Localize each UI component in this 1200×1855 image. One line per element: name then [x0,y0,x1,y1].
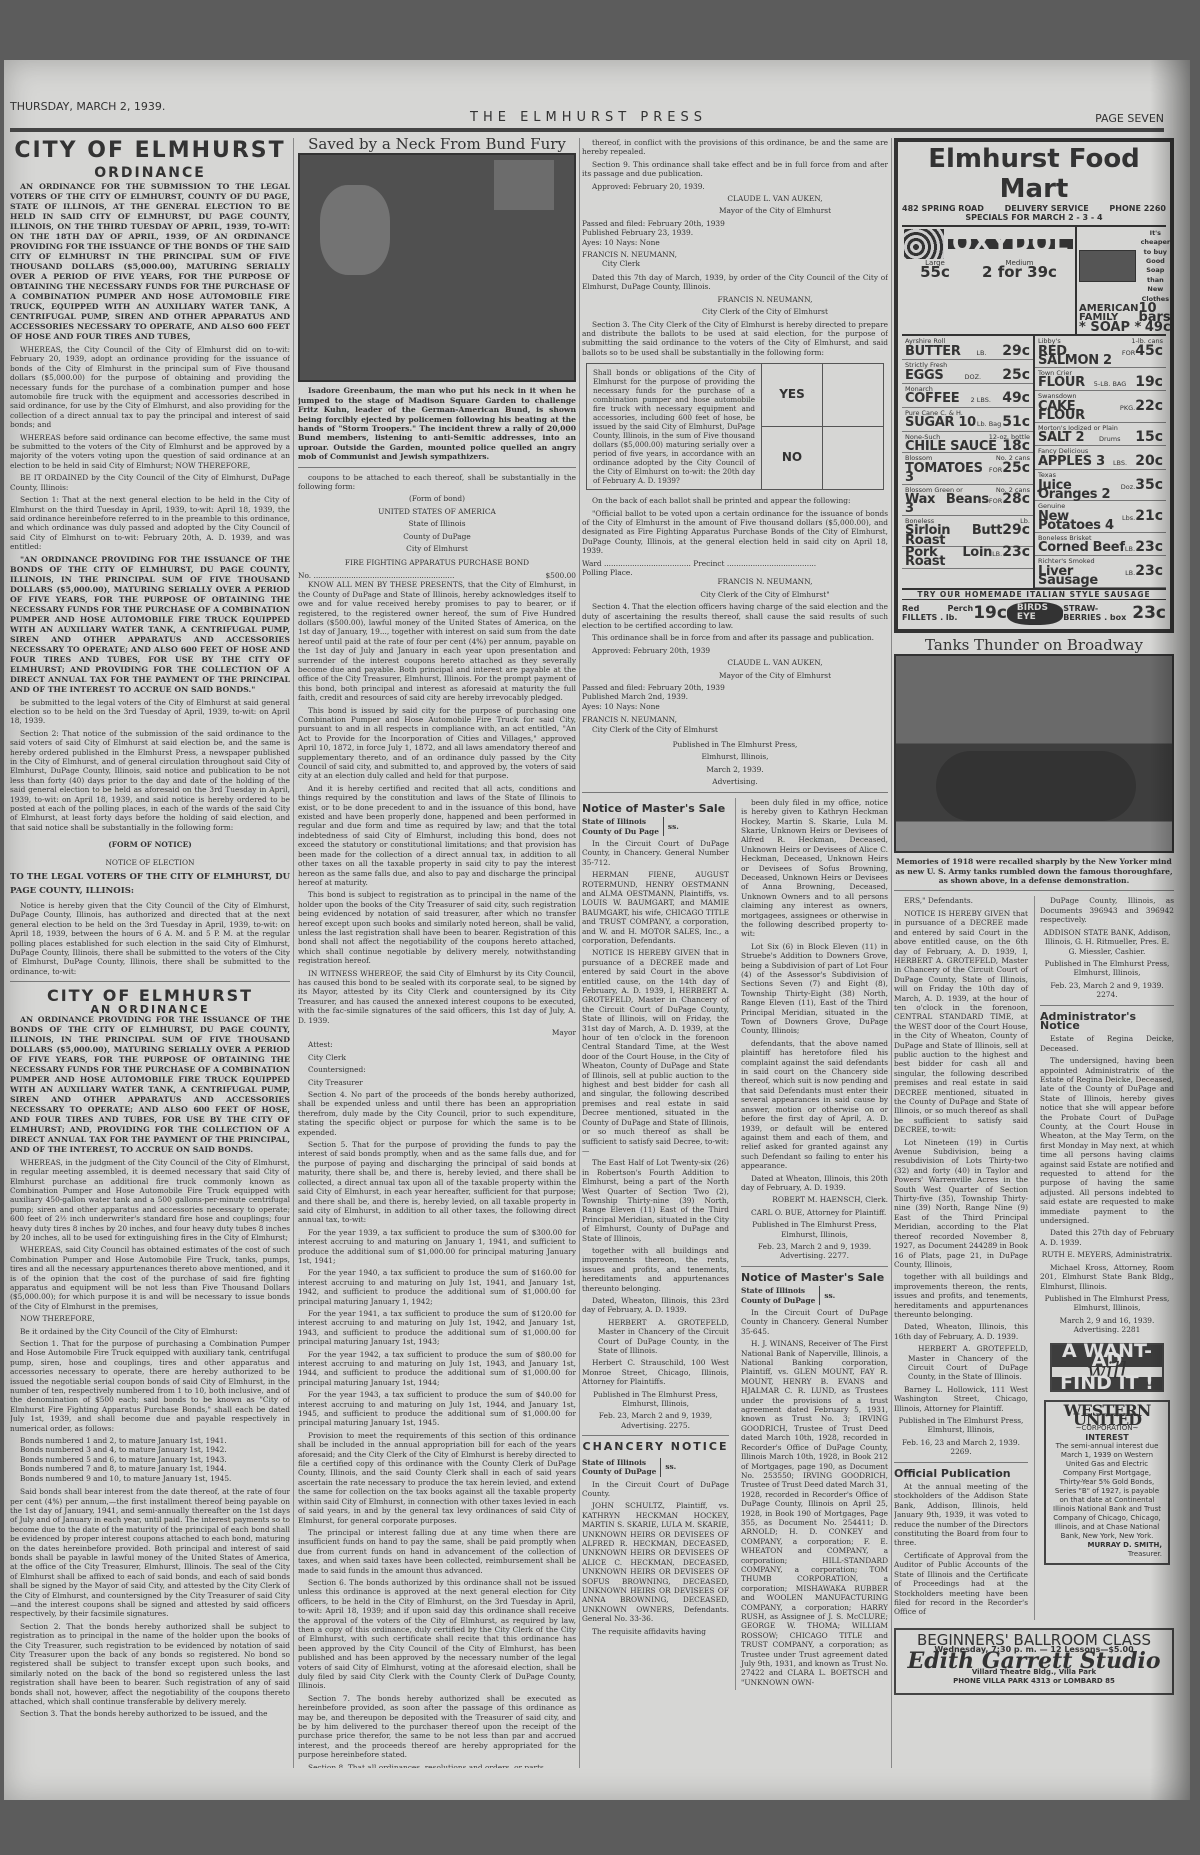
ads-subcolumns: ERS," Defendants. NOTICE IS HEREBY GIVEN… [894,896,1174,1619]
ballot-no: NO [762,426,822,489]
item-main: CAKE FLOURPKG.22c [1038,402,1163,421]
jurisdiction-lines: State of Illinois County of DuPage [741,1286,820,1305]
sale-para: together with all buildings and improvem… [582,1246,729,1293]
sale-published: Published in The Elmhurst Press, Elmhurs… [582,1390,729,1409]
item-main: BUTTERLB.29c [905,347,1030,358]
clerk-title: City Clerk [582,259,888,268]
ballroom-phone: PHONE VILLA PARK 4313 or LOMBARD 85 [902,1677,1166,1686]
sale-para: Dated, Wheaton, Illinois, this 23rd day … [582,1296,729,1315]
item-main: Sirloin Butt Roast29c [905,526,1030,545]
want-ad-line3: FIND IT ! [1052,1377,1162,1390]
section-1: Section 1: That at the next general elec… [10,495,290,551]
notice-body: Notice is hereby given that the City Cou… [10,901,290,976]
section-1b: Section 1. That for the purpose of purch… [10,1339,290,1433]
bond-item: Bonds numbered 1 and 2, to mature Januar… [20,1436,290,1445]
whereas-3: WHEREAS, in the judgment of the City Cou… [10,1158,290,1243]
item-main: EGGSDOZ.25c [905,371,1030,382]
item-name: APPLES 3 [1038,457,1105,466]
yes-box [823,364,883,426]
tanks-photo [894,654,1174,853]
item-main: New Potatoes 4Lbs.21c [1038,512,1163,531]
birdseye-name: BIRDS EYE [1017,603,1048,622]
divider [894,1462,1028,1463]
item-unit: 2 LBS. [971,396,991,405]
ordinance-title: CITY OF ELMHURST [10,138,290,164]
ss-label: ss. [665,1462,676,1471]
soap-slogan: It's cheaper to buy Good Soap than New C… [1140,229,1171,304]
ads-subcolumn-right: DuPage County, Illinois, as Documents 39… [1034,896,1174,1619]
store-name: Elmhurst Food Mart [902,144,1166,204]
item-price: 15c [1135,433,1163,442]
clerk-name: FRANCIS N. NEUMANN, [582,250,888,259]
admin-dates: March 2, 9 and 16, 1939. Advertising. 22… [1040,1316,1174,1335]
item-main: RED SALMON 2FOR45c [1038,347,1163,366]
know-all-men: KNOW ALL MEN BY THESE PRESENTS, that the… [298,580,576,702]
item-price: 23c [1002,548,1030,557]
bond-maturity-list: Bonds numbered 1 and 2, to mature Januar… [10,1436,290,1483]
item-price: 29c [1002,347,1030,356]
divider [10,981,290,982]
admin-attorney: Michael Kross, Attorney, Room 201, Elmhu… [1040,1263,1174,1291]
grocery-item: BlossomNo. 2 cansTOMATOES 3FOR25c [902,453,1033,484]
grocery-item: Ayrshire RollBUTTERLB.29c [902,336,1033,360]
tanks-headline: Tanks Thunder on Broadway [894,641,1174,650]
item-unit: FOR [989,497,1002,506]
sig-treasurer: City Treasurer [298,1078,576,1087]
sale-para: defendants, that the above named plainti… [741,1039,888,1171]
notice-para: together with all buildings and improvem… [894,1272,1028,1319]
grocery-item: SwansdownCAKE FLOURPKG.22c [1035,391,1166,422]
column-ads: Elmhurst Food Mart 482 SPRING ROAD DELIV… [894,138,1174,1768]
tax-item: For the year 1941, a tax sufficient to p… [298,1309,576,1347]
want-ad-banner[interactable]: A WANT-AD will FIND IT ! [1050,1343,1164,1393]
grocery-item: GenuineNew Potatoes 4Lbs.21c [1035,501,1166,532]
polling-place: Polling Place. [582,568,888,577]
western-united-notice: WESTERN UNITED ~CORPORATION~ INTEREST Th… [1044,1400,1170,1565]
item-unit: 5-LB. BAG [1094,380,1127,389]
clerk-title-2: City Clerk of the City of Elmhurst [582,307,888,316]
ballot-yes: YES [762,364,822,426]
divider [582,792,888,793]
grocery-item: None-Such12-oz. bottleCHILE SAUCE18c [902,432,1033,454]
state-label: State of Illinois [582,817,659,826]
item-main: TOMATOES 3FOR25c [905,464,1030,483]
item-name: SALT 2 [1038,433,1084,442]
bond-number: No. ....................................… [298,571,454,580]
chancery-para: In the Circuit Court of DuPage County. [582,1480,729,1499]
western-body: The semi-annual interest due March 1, 19… [1052,1442,1162,1541]
item-price: 20c [1135,457,1163,466]
sale-para: NOTICE IS HEREBY GIVEN that in pursuance… [582,948,729,1155]
sig-countersigned: Countersigned: [298,1065,576,1074]
item-unit: FOR [989,466,1002,475]
legal-subcolumns: Notice of Master's Sale State of Illinoi… [582,798,888,1691]
bond-number-row: No. ....................................… [298,571,576,580]
bond-title: FIRE FIGHTING APPARATUS PURCHASE BOND [298,558,576,567]
soap-promo: It's cheaper to buy Good Soap than New C… [1077,227,1173,334]
section-3: Section 3. That the bonds hereby authori… [10,1709,290,1718]
whereas-1: WHEREAS, the City Council of the City of… [10,345,290,430]
item-price: 29c [1002,526,1030,535]
bank-dates: Feb. 23, March 2 and 9, 1939. 2274. [1040,981,1174,1000]
sale-para: HERMAN FIENE, AUGUST ROTERMUND, HENRY OE… [582,870,729,945]
mayor-title: Mayor of the City of Elmhurst [582,206,888,215]
item-main: SUGAR 10Lb. Bag51c [905,418,1030,429]
store-info: 482 SPRING ROAD DELIVERY SERVICE PHONE 2… [902,204,1166,213]
western-interest-title: INTEREST [1052,1433,1162,1442]
item-main: FLOUR5-LB. BAG19c [1038,378,1163,389]
item-unit: Drums [1099,435,1121,444]
grocery-item: Libby's1-lb. cansRED SALMON 2FOR45c [1035,336,1166,367]
ordinance-subtitle: ORDINANCE [10,164,290,182]
bond-city: City of Elmhurst [298,544,576,553]
western-signature: MURRAY D. SMITH, [1052,1541,1162,1550]
oxydol-medium: Medium2 for 39c [982,259,1057,278]
masters-sale-title: Notice of Master's Sale [582,804,729,813]
ballot-marks [822,364,883,489]
column-divider [579,138,580,1768]
whereas-2: WHEREAS before said ordinance can become… [10,433,290,471]
grocery-item: TexasJuice Oranges 2Doz.35c [1035,470,1166,501]
masthead-rule [10,128,1164,132]
passed-date: Passed and filed: February 20th, 1939 [582,219,888,228]
admin-signature: RUTH E. MEYERS, Administratrix. [1040,1250,1174,1259]
section-2: Section 2: That notice of the submission… [10,729,290,832]
vote-count: Ayes: 10 Nays: None [582,238,888,247]
notice-dates: Feb. 16, 23 and March 2, 1939. 2269. [894,1438,1028,1457]
grocery-item: Pure Cane C. & H.SUGAR 10Lb. Bag51c [902,408,1033,432]
item-price: 22c [1135,402,1163,411]
grocery-item: MonarchCOFFEE2 LBS.49c [902,384,1033,408]
sale-dates: Feb. 23, March 2 and 9, 1939, Advertisin… [582,1411,729,1430]
ordinance-intro: AN ORDINANCE FOR THE SUBMISSION TO THE L… [10,182,290,342]
section-5: Section 5. That for the purpose of provi… [298,1140,576,1225]
oxydol-name: OXYDOL [948,239,1073,248]
soap-qty: 10 bars [1138,304,1170,323]
soap-header: It's cheaper to buy Good Soap than New C… [1079,229,1171,304]
passed-date-2: Passed and filed: February 20th, 1939 [582,683,888,692]
item-unit: PKG. [1120,404,1135,413]
item-name: New Potatoes 4 [1038,512,1122,531]
section-3-ballots: Section 3. The City Clerk of the City of… [582,320,888,358]
item-main: CHILE SAUCE18c [905,442,1030,451]
item-price: 18c [1002,442,1030,451]
item-unit: Lb. Bag [977,420,1001,429]
sale-para: Lot Six (6) in Block Eleven (11) in Stru… [741,942,888,1036]
bond-item: Bonds numbered 7 and 8, to mature Januar… [20,1464,290,1473]
chancery-title: CHANCERY NOTICE [582,1442,729,1451]
western-corp: ~CORPORATION~ [1052,1424,1162,1433]
official-pub-para: At the annual meeting of the stockholder… [894,1482,1028,1548]
bond-usa: UNITED STATES OF AMERICA [298,507,576,516]
back-of-ballot: On the back of each ballot shall be prin… [582,496,888,505]
price: 2 for 39c [982,268,1057,277]
column-divider [891,138,892,1768]
item-unit: LB. [1125,545,1135,554]
store-address: 482 SPRING ROAD [902,204,984,213]
notice-of-election: NOTICE OF ELECTION [10,858,290,867]
item-main: COFFEE2 LBS.49c [905,394,1030,405]
bund-photo [298,153,576,382]
bond-registration: This bond is subject to registration as … [298,890,576,965]
item-price: 21c [1135,512,1163,521]
county-label: County of Du Page [582,827,659,836]
pub-line: Elmhurst, Illinois, [582,752,888,761]
now-therefore: NOW THEREFORE, [10,1314,290,1323]
masthead: THURSDAY, MARCH 2, 1939. THE ELMHURST PR… [10,100,1174,130]
bank-signature: ADDISON STATE BANK, Addison, Illinois, G… [1040,928,1174,956]
bond-issued: This bond is issued by said city for the… [298,706,576,781]
passed-block: Passed and filed: February 20th, 1939 Pu… [582,219,888,247]
official-pub-para: Certificate of Approval from the Auditor… [894,1551,1028,1617]
sale-attorney: CARL O. BUE, Attorney for Plaintiff. [741,1208,888,1217]
ballroom-studio: Edith Garrett Studio [902,1657,1166,1666]
section-2b: Section 2. That the bonds hereby authori… [10,1622,290,1707]
principal: The principal or interest falling due at… [298,1528,576,1575]
jurisdiction-lines: State of Illinois County of Du Page [582,817,664,836]
ads-subcolumn-left: ERS," Defendants. NOTICE IS HEREBY GIVEN… [894,896,1028,1619]
bond-item: Bonds numbered 9 and 10, to mature Janua… [20,1474,290,1483]
strawberries-label: STRAW- BERRIES . box [1063,604,1132,623]
admin-para: Dated this 27th day of February A. D. 19… [1040,1228,1174,1247]
clerk-name-2: FRANCIS N. NEUMANN, [582,295,888,304]
published-date: Published February 23, 1939. [582,228,888,237]
bond-item: Bonds numbered 3 and 4, to mature Januar… [20,1445,290,1454]
item-price: 35c [1135,481,1163,490]
published-date-2: Published March 2nd, 1939. [582,692,888,701]
grocery-item: BonelessLb.Sirloin Butt Roast29c [902,516,1033,547]
approved: Approved: February 20, 1939. [582,182,888,191]
in-force: This ordinance shall be in force from an… [582,633,888,642]
form-of-bond: (Form of bond) [298,494,576,503]
sale-para: H. J. WINANS, Receiver of The First Nati… [741,1339,888,1687]
mayor-name: CLAUDE L. VAN AUKEN, [582,194,888,203]
clerk-title-4: City Clerk of the City of Elmhurst [582,725,888,734]
page-number: PAGE SEVEN [1095,112,1164,125]
sale-published: Published in The Elmhurst Press, Elmhurs… [741,1220,888,1239]
item-name: Juice Oranges 2 [1038,481,1121,500]
tax-item: For the year 1942, a tax sufficient to p… [298,1350,576,1388]
legal-subcolumn-left: Notice of Master's Sale State of Illinoi… [582,798,729,1691]
photo-caption: Isadore Greenbaum, the man who put his n… [298,386,576,461]
newspaper-page: THURSDAY, MARCH 2, 1939. THE ELMHURST PR… [4,60,1190,1800]
grocery-item: Morton's Iodized or PlainSALT 2Drums15c [1035,423,1166,447]
ward-line: Ward ...................................… [582,559,888,568]
bond-state: State of Illinois [298,519,576,528]
item-name: TOMATOES 3 [905,464,989,483]
item-price: 28c [1002,495,1030,504]
item-price: 25c [1002,464,1030,473]
item-price: 23c [1135,543,1163,552]
ballot-choices: YES NO [761,364,822,489]
soap-row2: * SOAP * 49c [1079,323,1171,332]
item-price: 51c [1002,418,1030,427]
item-price: 49c [1002,394,1030,403]
sausage-banner: TRY OUR HOMEMADE ITALIAN STYLE SAUSAGE [902,588,1166,600]
sale-para: been duly filed in my office, notice is … [741,798,888,939]
soap-box-icon [1079,250,1136,282]
oxydol-promo: OXYDOL Large55c Medium2 for 39c [902,227,1077,334]
notice-para: NOTICE IS HEREBY GIVEN that in pursuance… [894,909,1028,1135]
pub-line: Published in The Elmhurst Press, [582,740,888,749]
column-ordinance: CITY OF ELMHURST ORDINANCE AN ORDINANCE … [10,138,290,1768]
form-of-notice: (FORM OF NOTICE) [10,840,290,849]
ordinance-2: AN ORDINANCE PROVIDING FOR THE ISSUANCE … [10,1015,290,1155]
jurisdiction: State of Illinois County of Du Page ss. [582,817,729,836]
jurisdiction: State of Illinois County of DuPage ss. [741,1286,888,1305]
soap-price: 49c [1145,323,1171,332]
ordinance-subtitle-2: AN ORDINANCE [10,1005,290,1014]
bond-amount: $500.00 [545,571,576,580]
perch-label: Red Perch FILLETS . lb. [902,604,973,623]
ordained-2: Be it ordained by the City Council of th… [10,1327,290,1336]
state-label: State of Illinois [741,1286,815,1295]
sig-attest: Attest: [298,1040,576,1049]
section-4: Section 4. No part of the proceeds of th… [298,1090,576,1137]
mayor-title-2: Mayor of the City of Elmhurst [582,671,888,680]
tax-item: For the year 1940, a tax sufficient to p… [298,1268,576,1306]
ss-label: ss. [824,1291,835,1300]
ballot-question: Shall bonds or obligations of the City o… [587,364,761,489]
strawberries-price: 23c [1132,609,1166,618]
item-name: Pork Loin Roast [905,548,992,567]
divider [298,467,576,468]
item-main: Juice Oranges 2Doz.35c [1038,481,1163,500]
bond-county: County of DuPage [298,532,576,541]
sale-attorney: Herbert C. Strauschild, 100 West Monroe … [582,1358,729,1386]
ballroom-title: BEGINNERS' BALLROOM CLASS [902,1636,1166,1645]
ballroom-class-ad: BEGINNERS' BALLROOM CLASS Wednesday, 7:3… [894,1628,1174,1695]
item-unit: Doz. [1121,483,1135,492]
item-name: BUTTER [905,347,961,356]
ballot-form: Shall bonds or obligations of the City o… [586,363,884,490]
masters-sale-title-2: Notice of Master's Sale [741,1273,888,1282]
submitted: be submitted to the legal voters of the … [10,698,290,726]
tax-item: For the year 1943, a tax sufficient to p… [298,1390,576,1428]
grocery-item: Richter's SmokedLiver SausageLB.23c [1035,556,1166,587]
item-price: 19c [1135,378,1163,387]
item-main: Pork Loin RoastLB.23c [905,548,1030,567]
bank-published: Published in The Elmhurst Press, Elmhurs… [1040,959,1174,978]
specials-dates: SPECIALS FOR MARCH 2 - 3 - 4 [902,213,1166,226]
item-name: Liver Sausage [1038,567,1125,586]
birdseye-logo: BIRDS EYE [1007,602,1063,625]
coupons-text: coupons to be attached to each thereof, … [298,473,576,492]
chancery-para: The requisite affidavits having [582,1627,729,1636]
item-main: Corned BeefLB.23c [1038,543,1163,554]
tax-item: For the year 1939, a tax sufficient to p… [298,1228,576,1266]
approved-2: Approved: February 20th, 1939 [582,646,888,655]
food-mart-ad: Elmhurst Food Mart 482 SPRING ROAD DELIV… [894,138,1174,633]
grocery-item: Town CrierFLOUR5-LB. BAG19c [1035,368,1166,392]
column-legal-notices: thereof, in conflict with the provisions… [582,138,888,1768]
item-price: 25c [1002,371,1030,380]
provision: Provision to meet the requirements of th… [298,1431,576,1525]
official-ballot: "Official ballot to be voted upon a cert… [582,509,888,556]
section-6: Section 6. The bonds authorized by this … [298,1578,576,1691]
item-name: COFFEE [905,394,959,403]
notice-para: ERS," Defendants. [894,896,1028,905]
divider [741,1266,888,1267]
item-name: FLOUR [1038,378,1085,387]
ordained: BE IT ORDAINED by the City Council of th… [10,473,290,492]
item-name: CAKE FLOUR [1038,402,1120,421]
sale-clerk: ROBERT M. HAENSCH, Clerk. [741,1195,888,1204]
tank-shape [936,751,1136,821]
item-unit: Lbs. [1122,514,1135,523]
column-bund-bond: Saved by a Neck From Bund Fury Isadore G… [298,138,576,1768]
sale-para: In the Circuit Court of DuPage County in… [741,1308,888,1336]
column-divider [293,138,294,1768]
grocery-item: Fancy DeliciousAPPLES 3LBS.20c [1035,446,1166,470]
grocery-item: Pork Loin RoastLB.23c [902,547,1033,569]
item-main: SALT 2Drums15c [1038,433,1163,444]
bond-witness: IN WITNESS WHEREOF, the said City of Elm… [298,969,576,1025]
western-logo: WESTERN UNITED [1052,1406,1162,1424]
newspaper-name: THE ELMHURST PRESS [470,110,707,125]
grocery-item: Boneless BrisketCorned BeefLB.23c [1035,533,1166,557]
clerk-name-4: FRANCIS N. NEUMANN, [582,715,888,724]
grocery-col-right: Libby's1-lb. cansRED SALMON 2FOR45cTown … [1033,336,1166,587]
section-4-election: Section 4. That the election officers ha… [582,602,888,630]
pub-line: Advertising. [582,777,888,786]
sale-para: The East Half of Lot Twenty-six (26) in … [582,1158,729,1243]
item-main: Wax Beans 3FOR28c [905,495,1030,514]
admin-para: Estate of Regina Deicke, Deceased. [1040,1034,1174,1053]
legal-subcolumn-right: been duly filed in my office, notice is … [735,798,888,1691]
oxydol-large: Large55c [920,259,950,278]
issue-date: THURSDAY, MARCH 2, 1939. [10,100,165,113]
admin-para: The undersigned, having been appointed A… [1040,1056,1174,1225]
repeal-text: thereof, in conflict with the provisions… [582,138,888,157]
sale-dates: Feb. 23, March 2 and 9, 1939. Advertisin… [741,1242,888,1261]
sale-signature: HERBERT A. GROTEFELD, Master in Chancery… [582,1318,729,1356]
item-name: EGGS [905,371,943,380]
oxydol-prices: Large55c Medium2 for 39c [904,259,1073,278]
photo-figure [320,185,390,275]
item-price: 45c [1135,347,1163,356]
interest-clause: Said bonds shall bear interest from the … [10,1487,290,1619]
admin-published: Published in The Elmhurst Press, Elmhurs… [1040,1294,1174,1313]
administrators-notice-title: Administrator's Notice [1040,1012,1174,1031]
grocery-col-left: Ayrshire RollBUTTERLB.29cStrictly FreshE… [902,336,1033,587]
soap-label: * SOAP * [1079,323,1141,332]
delivery-service: DELIVERY SERVICE [1005,204,1089,213]
clerk-name-3: FRANCIS N. NEUMANN, [582,577,888,586]
county-label: County of DuPage [582,1467,656,1476]
store-phone: PHONE 2260 [1109,204,1166,213]
dated: Dated this 7th day of March, 1939, by or… [582,273,888,292]
sale-para: In the Circuit Court of DuPage County, i… [582,839,729,867]
item-name: Wax Beans 3 [905,495,989,514]
oxydol-logo: OXYDOL [904,229,1073,259]
photo-figure [494,160,554,210]
western-signature-title: Treasurer. [1052,1550,1162,1559]
sig-clerk: City Clerk [298,1053,576,1062]
official-publication-title: Official Publication [894,1469,1028,1478]
grocery-item: Strictly FreshEGGSDOZ.25c [902,360,1033,384]
grocery-items: Ayrshire RollBUTTERLB.29cStrictly FreshE… [902,336,1166,587]
tanks-caption: Memories of 1918 were recalled sharply b… [894,857,1174,885]
ss-label: ss. [668,822,679,831]
notice-published: Published in The Elmhurst Press, Elmhurs… [894,1416,1028,1435]
pub-line: March 2, 1939. [582,765,888,774]
notice-signature: HERBERT A. GROTEFELD, Master in Chancery… [894,1344,1028,1382]
photo-headline: Saved by a Neck From Bund Fury [298,140,576,149]
jurisdiction-lines: State of Illinois County of DuPage [582,1458,661,1477]
divider [582,1435,729,1436]
item-main: Liver SausageLB.23c [1038,567,1163,586]
